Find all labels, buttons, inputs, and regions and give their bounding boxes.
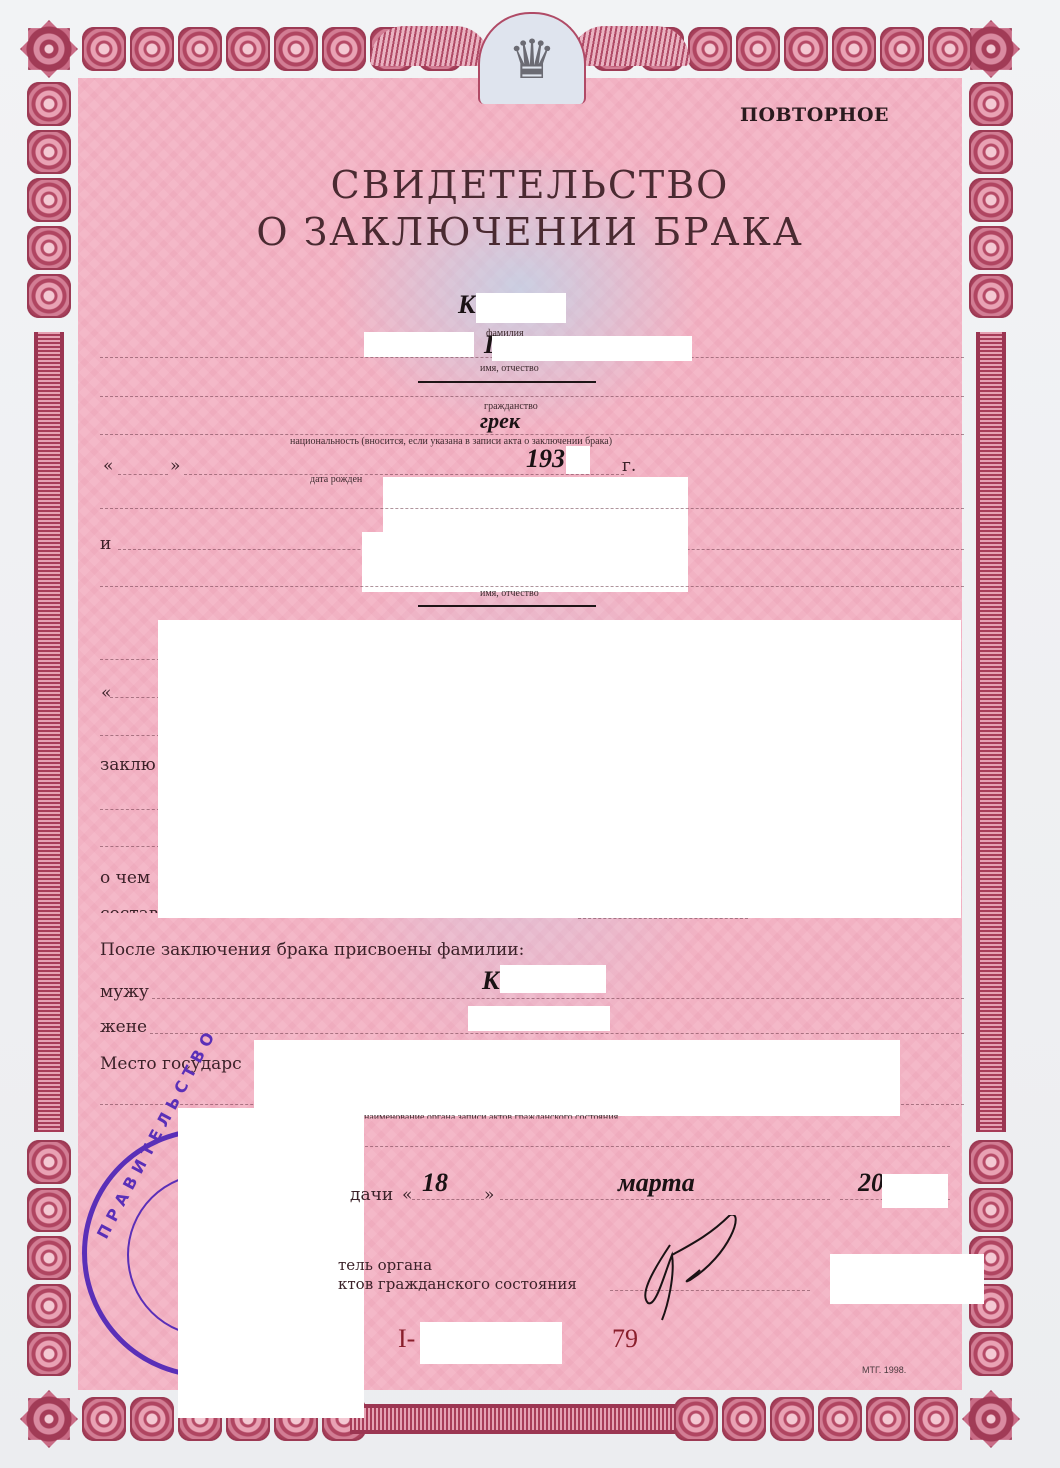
corner-rosette-icon <box>20 1390 78 1448</box>
husband-birth-year: 193 <box>526 444 565 474</box>
signature-icon <box>620 1215 770 1325</box>
rule <box>100 809 160 810</box>
emblem-wing-left <box>370 26 490 66</box>
corner-rosette-icon <box>20 20 78 78</box>
issue-year: 20 <box>858 1168 884 1198</box>
rule <box>100 735 160 736</box>
redaction <box>566 446 590 474</box>
issue-month: марта <box>618 1168 695 1198</box>
redaction <box>364 332 474 357</box>
husband-name-label: имя, отчество <box>480 363 539 374</box>
rule <box>100 508 964 509</box>
registration-place-label: Место государс <box>100 1054 242 1074</box>
rule <box>412 1199 484 1200</box>
rule <box>350 1146 950 1147</box>
husband-new-surname: К <box>482 966 500 996</box>
serial-number-suffix: 79 <box>612 1324 638 1354</box>
document-title: СВИДЕТЕЛЬСТВО <box>0 163 1060 207</box>
issue-day-quote-close: » <box>484 1185 494 1205</box>
issue-day-quote-open: « <box>402 1185 412 1205</box>
printer-mark: МТГ. 1998. <box>862 1365 906 1375</box>
rule <box>118 474 168 475</box>
redaction <box>362 532 688 592</box>
birth-quote-open: « <box>103 456 113 476</box>
husband-new-surname-label: мужу <box>100 982 149 1002</box>
rule <box>110 697 160 698</box>
wife-new-surname-label: жене <box>100 1017 147 1037</box>
redaction <box>468 1006 610 1031</box>
redaction <box>420 1322 562 1364</box>
birth-quote-close: » <box>170 456 180 476</box>
issue-date-label: дачи <box>350 1185 393 1205</box>
right-border-band <box>976 332 1006 1132</box>
wife-name-label: имя, отчество <box>480 588 539 599</box>
rule <box>100 434 964 435</box>
double-headed-eagle-icon: ♛ <box>478 12 586 104</box>
rule <box>418 381 596 383</box>
rule <box>578 918 748 919</box>
left-border-bottom <box>27 1140 71 1376</box>
marriage-concluded-label: заклю <box>100 755 156 775</box>
rule <box>100 846 160 847</box>
redaction <box>254 1040 900 1116</box>
redaction <box>476 293 566 323</box>
emblem-wing-right <box>570 26 690 66</box>
redaction <box>178 1108 364 1418</box>
husband-birth-label: дата рожден <box>310 474 362 485</box>
signatory-line2: ктов гражданского состояния <box>338 1275 577 1293</box>
husband-surname: К <box>458 290 476 320</box>
rule <box>418 605 596 607</box>
rule <box>152 998 964 999</box>
rule <box>150 1033 964 1034</box>
birth-year-suffix: г. <box>622 456 636 476</box>
document-subtitle: О ЗАКЛЮЧЕНИИ БРАКА <box>0 210 1060 254</box>
bottom-border-right <box>674 1397 958 1441</box>
signatory-line1: тель органа <box>338 1256 432 1274</box>
wife-conjunction: и <box>100 534 111 554</box>
left-border-band <box>34 332 64 1132</box>
corner-rosette-icon <box>962 1390 1020 1448</box>
record-label: о чем <box>100 868 150 888</box>
redaction <box>492 336 692 361</box>
rule <box>500 1199 830 1200</box>
bottom-border-band <box>350 1404 690 1434</box>
rule <box>100 396 964 397</box>
husband-nationality: грек <box>480 408 520 434</box>
rule <box>100 659 160 660</box>
issue-day: 18 <box>422 1168 448 1198</box>
wife-birth-quote-open: « <box>101 683 111 703</box>
serial-number-prefix: I- <box>398 1324 415 1354</box>
redaction <box>882 1174 948 1208</box>
surnames-heading: После заключения брака присвоены фамилии… <box>100 940 524 960</box>
redaction <box>158 620 961 918</box>
redaction <box>830 1254 984 1304</box>
rule <box>100 586 964 587</box>
rule <box>184 474 624 475</box>
duplicate-marker: ПОВТОРНОЕ <box>740 104 889 126</box>
redaction <box>500 965 606 993</box>
